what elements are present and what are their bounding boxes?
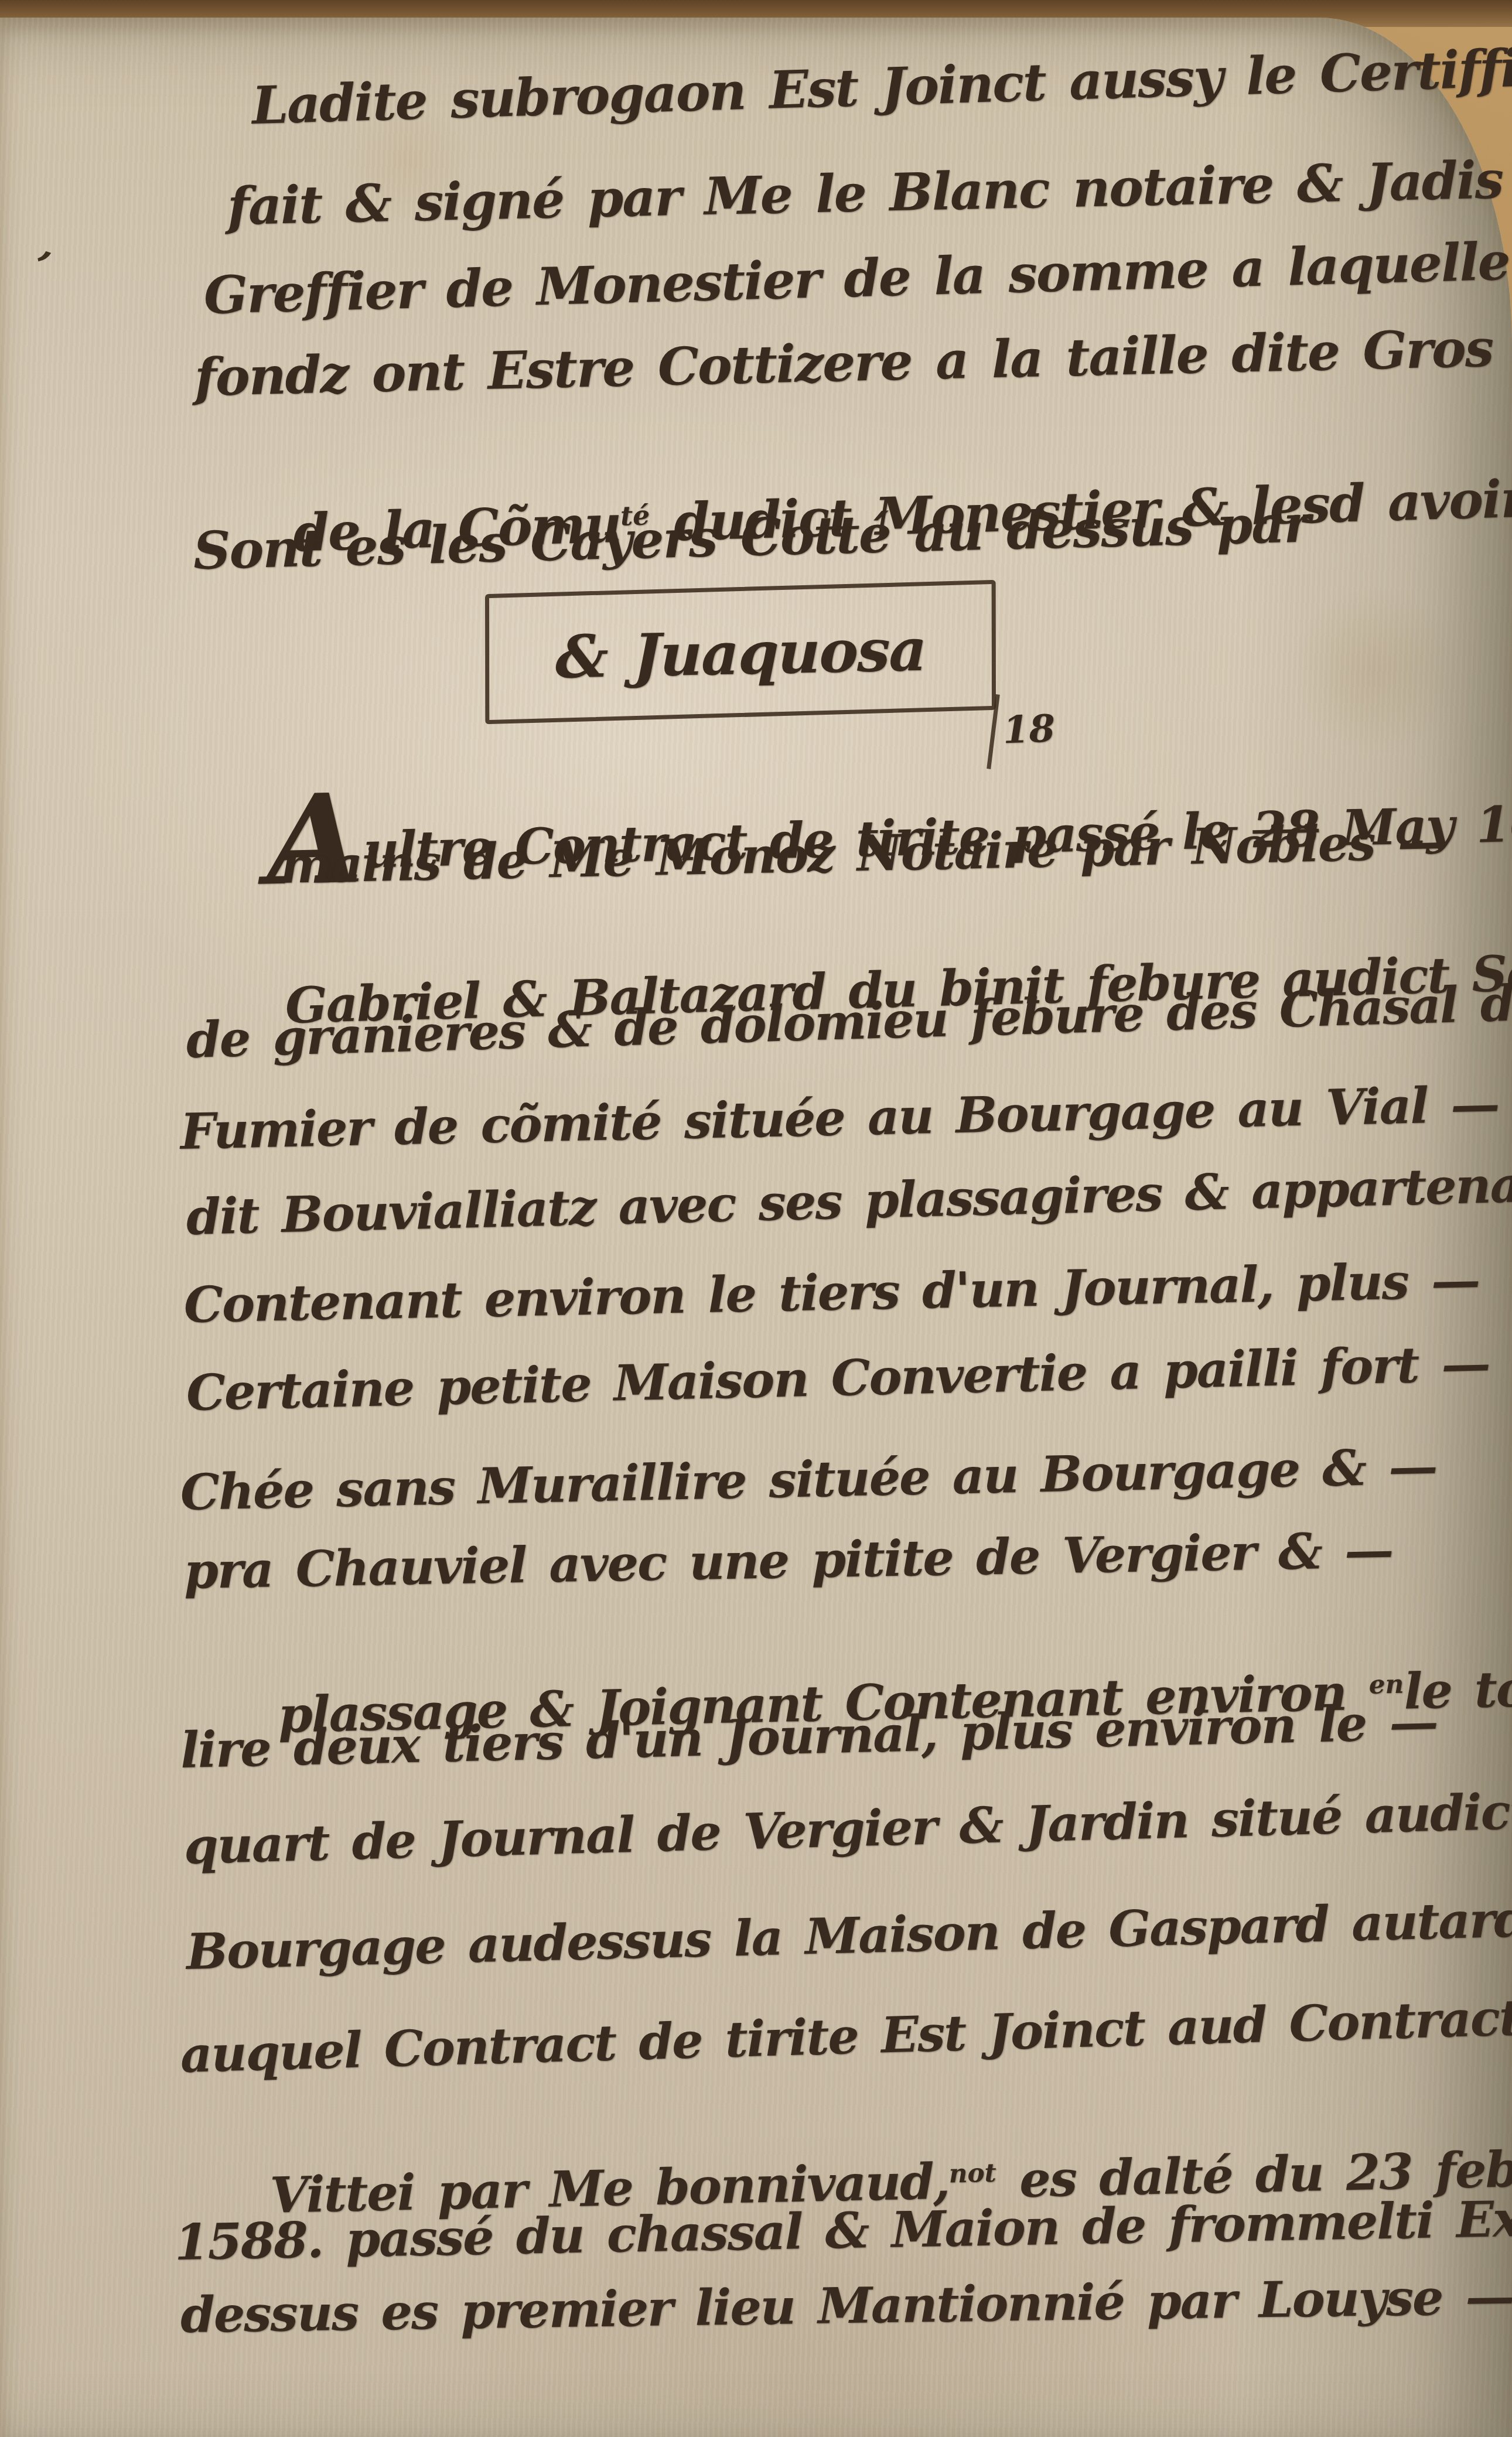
manuscript-photo: ’ Ladite subrogaon Est Joinct aussy le C… bbox=[0, 0, 1512, 2437]
superscript-not: not bbox=[948, 2158, 996, 2189]
section-heading: & Juaquosa bbox=[555, 615, 926, 692]
